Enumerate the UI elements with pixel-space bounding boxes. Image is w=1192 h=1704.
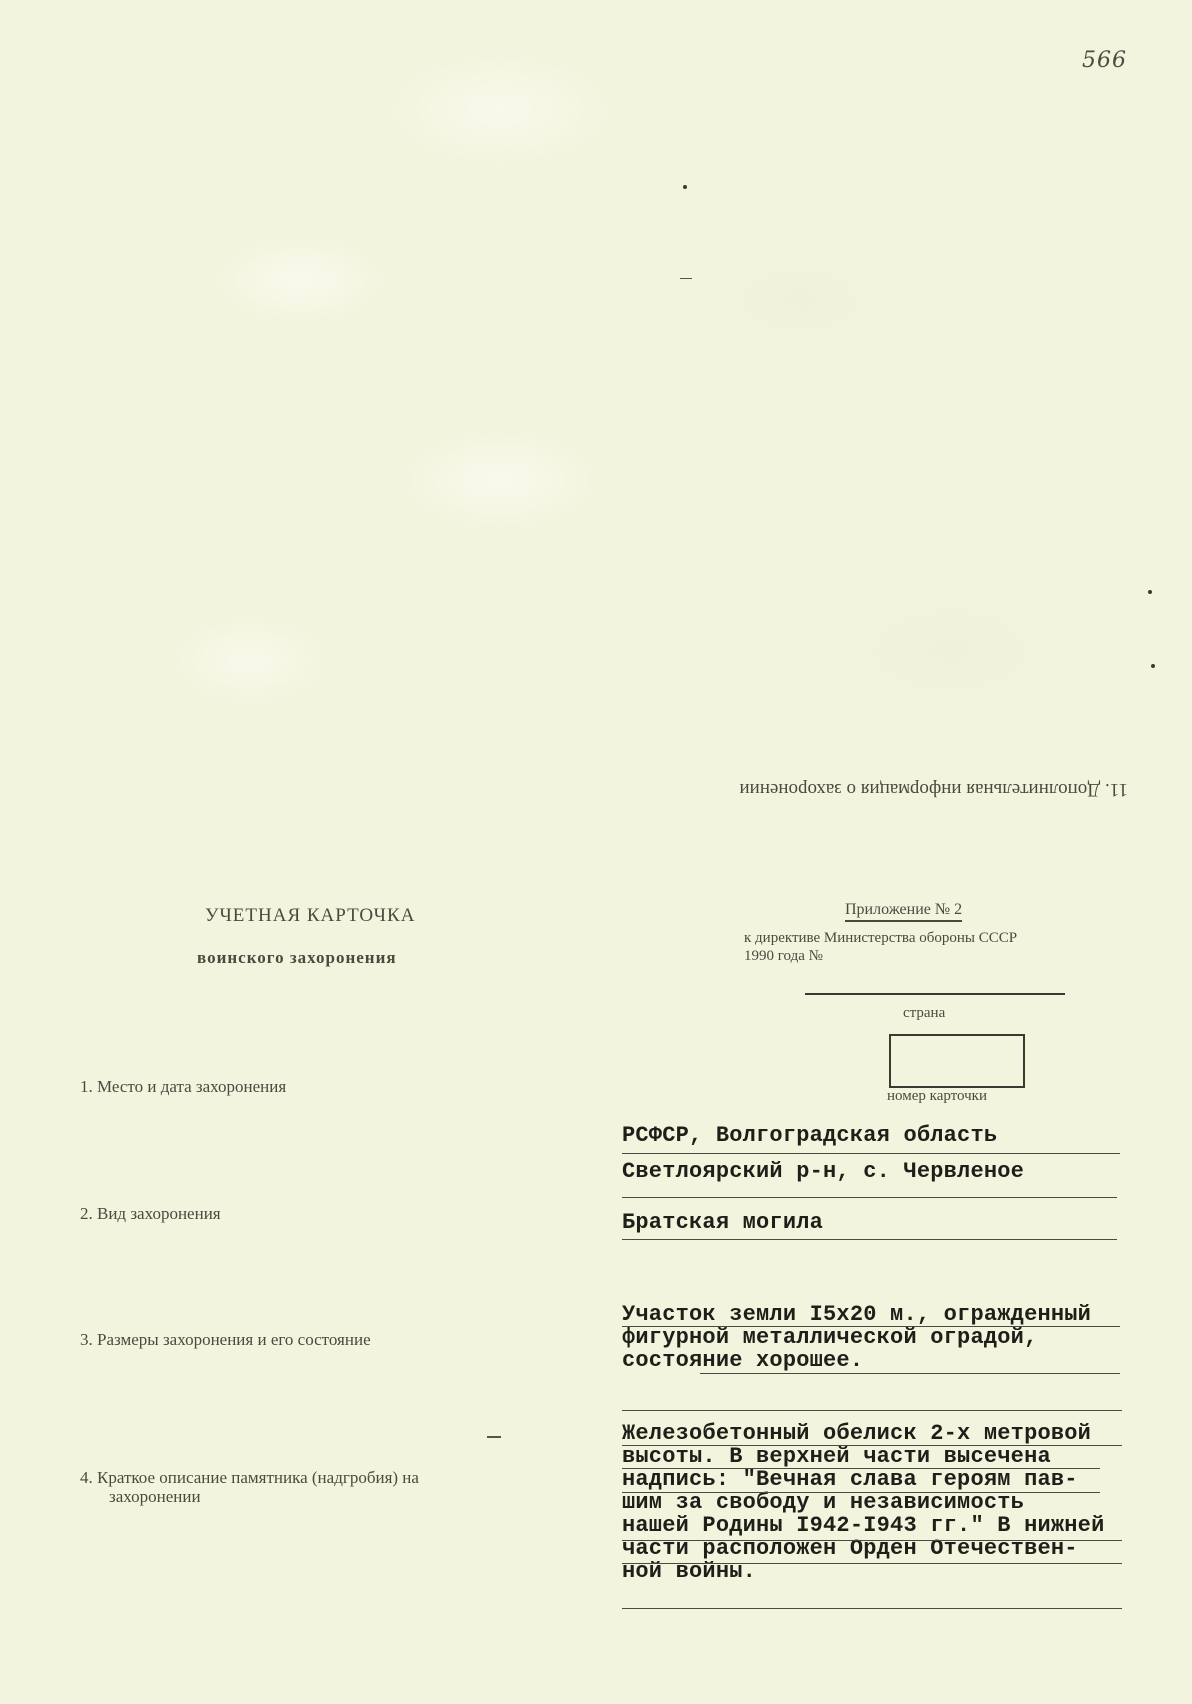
appendix-directive-line: к директиве Министерства обороны СССР: [744, 930, 1017, 947]
field-value-monument-description: Железобетонный обелиск 2-х метровой высо…: [622, 1422, 1122, 1583]
card-number-label: номер карточки: [887, 1088, 987, 1105]
appendix-title: Приложение № 2: [845, 901, 962, 922]
field-label-burial-place-date: 1. Место и дата захоронения: [80, 1077, 286, 1096]
label-line-continued: захоронении: [80, 1487, 580, 1506]
paper-speck: [1151, 664, 1155, 668]
paper-mark: [487, 1436, 501, 1438]
field-underline: [622, 1540, 1122, 1541]
value-line: высоты. В верхней части высечена: [622, 1445, 1122, 1468]
field-underline: [622, 1410, 1122, 1411]
card-number-field[interactable]: [889, 1034, 1025, 1088]
card-title: УЧЕТНАЯ КАРТОЧКА: [205, 905, 415, 927]
field-value-burial-type: Братская могила: [622, 1211, 1122, 1234]
value-line: надпись: "Вечная слава героям пав-: [622, 1468, 1122, 1491]
value-line: Железобетонный обелиск 2-х метровой: [622, 1422, 1122, 1445]
field-value-burial-place-line-2: Светлоярский р-н, с. Червленое: [622, 1160, 1122, 1183]
value-line: нашей Родины I942-I943 гг." В нижней: [622, 1514, 1122, 1537]
paper-mark: [680, 278, 692, 279]
field-label-burial-type: 2. Вид захоронения: [80, 1204, 221, 1223]
field-underline: [622, 1492, 1100, 1493]
field-underline: [622, 1608, 1122, 1609]
field-underline: [622, 1445, 1122, 1446]
field-underline: [622, 1239, 1117, 1240]
field-underline: [622, 1468, 1100, 1469]
value-line: состояние хорошее.: [622, 1349, 1122, 1372]
country-field[interactable]: [805, 993, 1065, 995]
appendix-year-line: 1990 года №: [744, 948, 823, 965]
value-line: Участок земли I5x20 м., огражденный: [622, 1303, 1122, 1326]
archive-page-number: 566: [1082, 48, 1127, 73]
country-label: страна: [903, 1005, 945, 1022]
field-label-burial-size-condition: 3. Размеры захоронения и его состояние: [80, 1330, 371, 1349]
field-underline: [700, 1373, 1120, 1374]
field-value-burial-size-condition: Участок земли I5x20 м., огражденный фигу…: [622, 1303, 1122, 1372]
field-label-monument-description: 4. Краткое описание памятника (надгробия…: [80, 1468, 580, 1506]
upside-down-section-heading: 11. Дополнительная информация о захороне…: [628, 778, 1128, 800]
paper-speck: [1148, 590, 1152, 594]
field-underline: [622, 1197, 1117, 1198]
paper-speck: [683, 185, 687, 189]
field-underline: [622, 1563, 1122, 1564]
field-underline: [622, 1153, 1120, 1154]
card-subtitle: воинского захоронения: [197, 948, 397, 968]
field-value-burial-place-line-1: РСФСР, Волгоградская область: [622, 1124, 1122, 1147]
value-line: фигурной металлической оградой,: [622, 1326, 1122, 1349]
value-line: шим за свободу и независимость: [622, 1491, 1122, 1514]
label-line: 4. Краткое описание памятника (надгробия…: [80, 1468, 419, 1487]
field-underline: [622, 1326, 1120, 1327]
